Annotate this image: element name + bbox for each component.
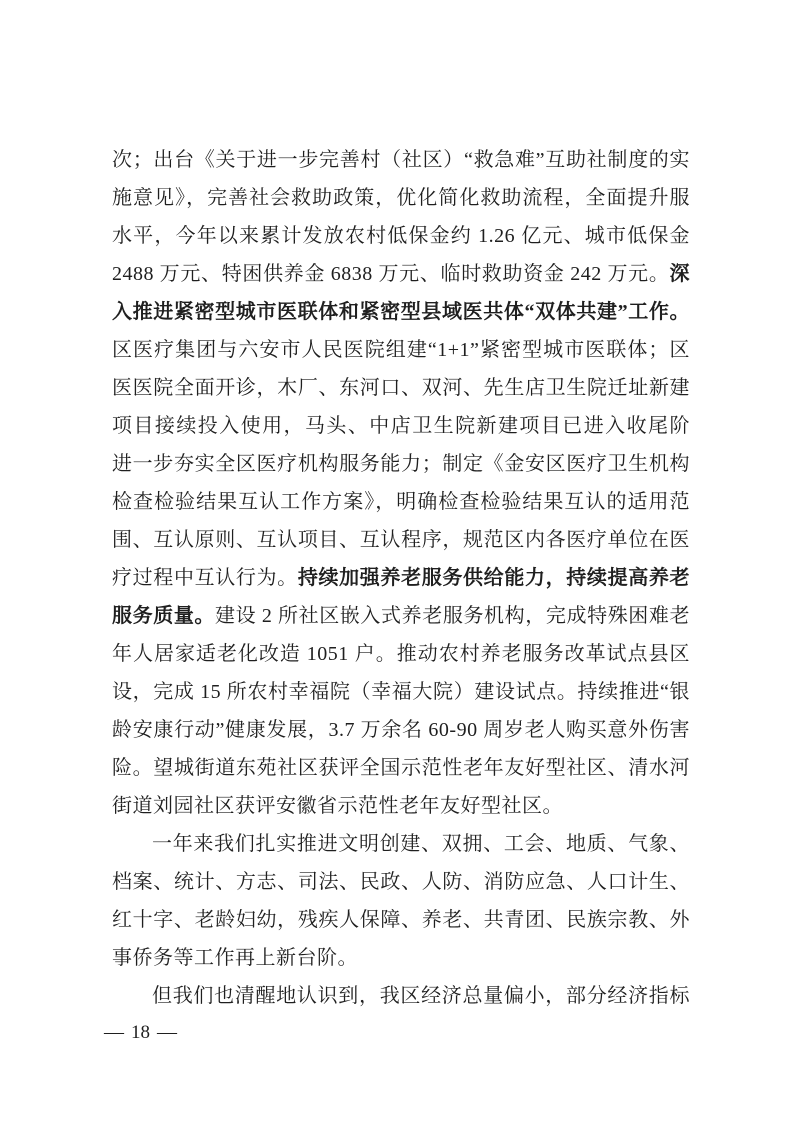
bold-text-run: 服务质量。: [112, 605, 215, 627]
text-run: 红十字、老龄妇幼，残疾人保障、养老、共青团、民族宗教、外: [112, 909, 690, 931]
text-line: 红十字、老龄妇幼，残疾人保障、养老、共青团、民族宗教、外: [112, 901, 690, 939]
bold-text-run: 持续加强养老服务供给能力，持续提高养老: [298, 567, 690, 589]
text-line: 施意见》，完善社会救助政策，优化简化救助流程，全面提升服务: [112, 179, 690, 217]
text-line: 龄安康行动”健康发展，3.7 万余名 60-90 周岁老人购买意外伤害: [112, 711, 690, 749]
text-run: 但我们也清醒地认识到，我区经济总量偏小，部分经济指标: [152, 985, 690, 1007]
text-line: 设，完成 15 所农村幸福院（幸福大院）建设试点。持续推进“银: [112, 673, 690, 711]
text-line: 检查检验结果互认工作方案》，明确检查检验结果互认的适用范: [112, 483, 690, 521]
text-run: 施意见》，完善社会救助政策，优化简化救助流程，全面提升服务: [112, 187, 690, 217]
text-run: 建设 2 所社区嵌入式养老服务机构，完成特殊困难老: [215, 605, 690, 627]
document-body: 次；出台《关于进一步完善村（社区）“救急难”互助社制度的实施意见》，完善社会救助…: [112, 141, 690, 1015]
text-run: 档案、统计、方志、司法、民政、人防、消防应急、人口计生、: [112, 871, 690, 893]
text-run: 水平，今年以来累计发放农村低保金约 1.26 亿元、城市低保金: [112, 225, 690, 247]
text-run: 险。望城街道东苑社区获评全国示范性老年友好型社区、清水河: [112, 757, 690, 779]
document-page: 次；出台《关于进一步完善村（社区）“救急难”互助社制度的实施意见》，完善社会救助…: [0, 0, 793, 1122]
text-run: 检查检验结果互认工作方案》，明确检查检验结果互认的适用范: [112, 491, 690, 513]
footer-dash-right: —: [157, 1013, 177, 1051]
text-line: 进一步夯实全区医疗机构服务能力；制定《金安区医疗卫生机构: [112, 445, 690, 483]
text-run: 项目接续投入使用，马头、中店卫生院新建项目已进入收尾阶段，: [112, 415, 690, 445]
text-line: 但我们也清醒地认识到，我区经济总量偏小，部分经济指标: [112, 977, 690, 1015]
text-line: 服务质量。建设 2 所社区嵌入式养老服务机构，完成特殊困难老: [112, 597, 690, 635]
text-line: 水平，今年以来累计发放农村低保金约 1.26 亿元、城市低保金: [112, 217, 690, 255]
footer-dash-left: —: [104, 1013, 124, 1051]
text-run: 事侨务等工作再上新台阶。: [112, 947, 358, 969]
text-line: 区医疗集团与六安市人民医院组建“1+1”紧密型城市医联体；区中: [112, 331, 690, 369]
text-line: 项目接续投入使用，马头、中店卫生院新建项目已进入收尾阶段，: [112, 407, 690, 445]
bold-text-run: 入推进紧密型城市医联体和紧密型县域医共体“双体共建”工作。: [112, 301, 690, 323]
text-line: 年人居家适老化改造 1051 户。推动农村养老服务改革试点县区建: [112, 635, 690, 673]
text-run: 2488 万元、特困供养金 6838 万元、临时救助资金 242 万元。: [112, 263, 670, 285]
text-run: 疗过程中互认行为。: [112, 567, 298, 589]
text-line: 档案、统计、方志、司法、民政、人防、消防应急、人口计生、: [112, 863, 690, 901]
footer-page-number: 18: [131, 1014, 150, 1052]
text-line: 一年来我们扎实推进文明创建、双拥、工会、地质、气象、: [112, 825, 690, 863]
text-run: 年人居家适老化改造 1051 户。推动农村养老服务改革试点县区建: [112, 643, 690, 673]
text-line: 事侨务等工作再上新台阶。: [112, 939, 690, 977]
text-line: 街道刘园社区获评安徽省示范性老年友好型社区。: [112, 787, 690, 825]
text-run: 设，完成 15 所农村幸福院（幸福大院）建设试点。持续推进“银: [112, 681, 690, 703]
text-run: 龄安康行动”健康发展，3.7 万余名 60-90 周岁老人购买意外伤害: [112, 719, 690, 741]
text-line: 疗过程中互认行为。持续加强养老服务供给能力，持续提高养老: [112, 559, 690, 597]
text-line: 险。望城街道东苑社区获评全国示范性老年友好型社区、清水河: [112, 749, 690, 787]
text-line: 入推进紧密型城市医联体和紧密型县域医共体“双体共建”工作。: [112, 293, 690, 331]
text-run: 医医院全面开诊，木厂、东河口、双河、先生店卫生院迁址新建: [112, 377, 690, 399]
bold-text-run: 深: [670, 263, 691, 285]
text-run: 围、互认原则、互认项目、互认程序，规范区内各医疗单位在医: [112, 529, 690, 551]
text-run: 进一步夯实全区医疗机构服务能力；制定《金安区医疗卫生机构: [112, 453, 690, 475]
text-run: 一年来我们扎实推进文明创建、双拥、工会、地质、气象、: [152, 833, 690, 855]
text-run: 次；出台《关于进一步完善村（社区）“救急难”互助社制度的实: [112, 149, 690, 171]
page-footer: — 18 —: [104, 1013, 177, 1052]
text-run: 街道刘园社区获评安徽省示范性老年友好型社区。: [112, 795, 563, 817]
text-line: 2488 万元、特困供养金 6838 万元、临时救助资金 242 万元。深: [112, 255, 690, 293]
text-line: 医医院全面开诊，木厂、东河口、双河、先生店卫生院迁址新建: [112, 369, 690, 407]
text-run: 区医疗集团与六安市人民医院组建“1+1”紧密型城市医联体；区中: [112, 339, 690, 369]
text-line: 次；出台《关于进一步完善村（社区）“救急难”互助社制度的实: [112, 141, 690, 179]
text-line: 围、互认原则、互认项目、互认程序，规范区内各医疗单位在医: [112, 521, 690, 559]
